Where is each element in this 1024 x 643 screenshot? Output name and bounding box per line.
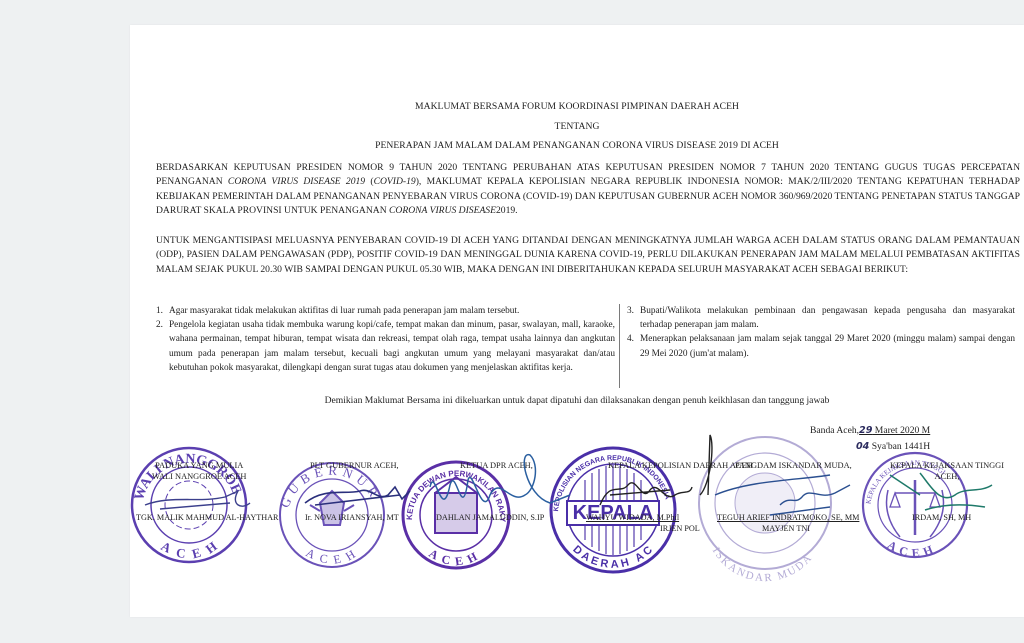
signature-pangdam xyxy=(715,475,850,515)
signature-dpr xyxy=(430,455,570,503)
signature-kajati xyxy=(890,473,992,510)
signatures-layer xyxy=(130,25,1024,617)
document-page: MAKLUMAT BERSAMA FORUM KOORDINASI PIMPIN… xyxy=(130,25,1024,617)
signature-kapolda xyxy=(600,435,712,505)
signature-gubernur xyxy=(305,487,410,505)
signature-wali-nanggroe xyxy=(145,491,250,509)
